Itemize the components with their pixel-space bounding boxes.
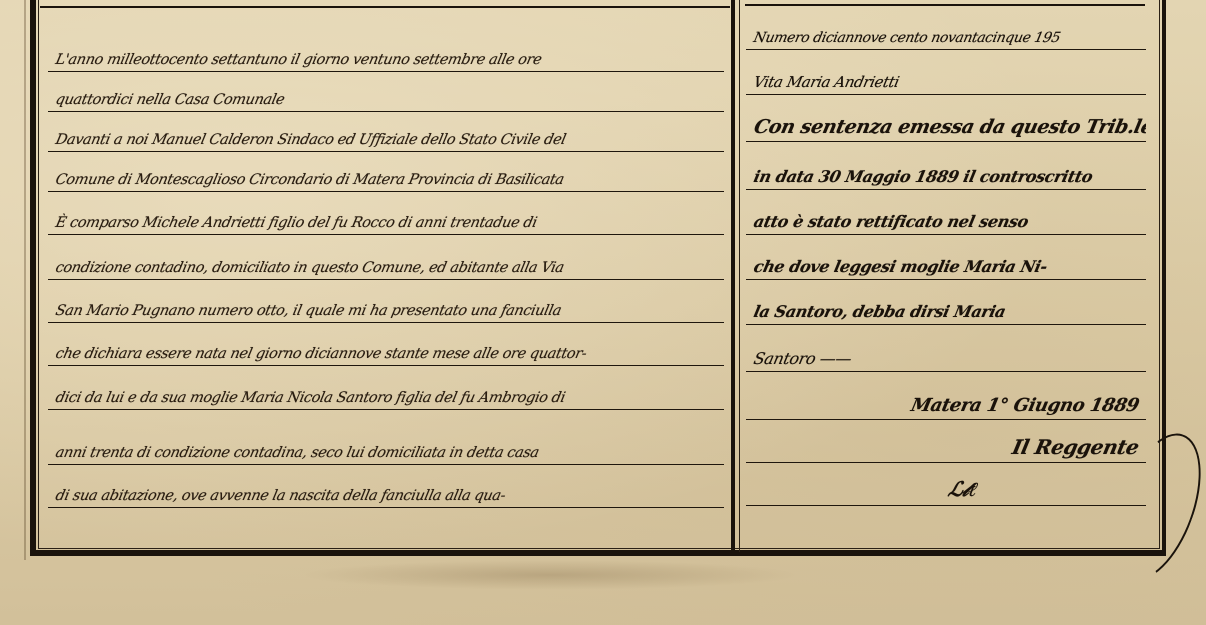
act-line: È comparso Michele Andrietti figlio del … bbox=[48, 195, 724, 235]
act-line: L'anno milleottocento settantuno il gior… bbox=[48, 32, 724, 72]
act-line: condizione contadino, domiciliato in que… bbox=[48, 240, 724, 280]
act-line: Davanti a noi Manuel Calderon Sindaco ed… bbox=[48, 112, 724, 152]
column-divider bbox=[731, 0, 735, 552]
act-line-text: Comune di Montescaglioso Circondario di … bbox=[54, 172, 565, 188]
act-line: quattordici nella Casa Comunale bbox=[48, 72, 724, 112]
act-line-text: anni trenta di condizione contadina, sec… bbox=[54, 445, 540, 461]
annotation-line: la Santoro, debba dirsi Maria bbox=[746, 285, 1146, 325]
act-line: che dichiara essere nata nel giorno dici… bbox=[48, 326, 724, 366]
annotation-text: Santoro —— bbox=[752, 349, 853, 368]
child-name: Vita Maria Andrietti bbox=[752, 73, 901, 91]
register-number-line: Numero diciannove cento novantacinque 19… bbox=[746, 10, 1146, 50]
annotation-text: in data 30 Maggio 1889 il controscritto bbox=[752, 167, 1094, 186]
act-line: dici da lui e da sua moglie Maria Nicola… bbox=[48, 370, 724, 410]
top-rule-right bbox=[745, 0, 1145, 6]
annotation-text: la Santoro, debba dirsi Maria bbox=[752, 302, 1007, 321]
act-line-text: dici da lui e da sua moglie Maria Nicola… bbox=[54, 390, 567, 406]
act-line: di sua abitazione, ove avvenne la nascit… bbox=[48, 468, 724, 508]
signature-line: ℒ𝓉ℓ bbox=[746, 466, 1146, 506]
act-line: Comune di Montescaglioso Circondario di … bbox=[48, 152, 724, 192]
annotation-text: Con sentenza emessa da questo Trib.le bbox=[752, 116, 1146, 138]
place-date-line: Matera 1° Giugno 1889 bbox=[746, 380, 1146, 420]
place-date: Matera 1° Giugno 1889 bbox=[909, 395, 1141, 416]
annotation-text: che dove leggesi moglie Maria Ni- bbox=[752, 257, 1049, 276]
paper-stain bbox=[300, 560, 800, 590]
act-line-text: quattordici nella Casa Comunale bbox=[54, 92, 286, 108]
act-line: San Mario Pugnano numero otto, il quale … bbox=[48, 283, 724, 323]
annotation-text: atto è stato rettificato nel senso bbox=[752, 212, 1030, 231]
signature: ℒ𝓉ℓ bbox=[946, 477, 980, 502]
column-divider-thin bbox=[739, 0, 740, 552]
signatory-title-line: Il Reggente bbox=[746, 423, 1146, 463]
act-line-text: che dichiara essere nata nel giorno dici… bbox=[54, 346, 588, 362]
annotation-line: atto è stato rettificato nel senso bbox=[746, 195, 1146, 235]
act-line-text: condizione contadino, domiciliato in que… bbox=[54, 260, 565, 276]
register-number: Numero diciannove cento novantacinque 19… bbox=[752, 30, 1062, 46]
top-rule-left bbox=[40, 0, 730, 8]
annotation-line: Santoro —— bbox=[746, 332, 1146, 372]
left-margin-rule bbox=[24, 0, 26, 560]
act-line-text: L'anno milleottocento settantuno il gior… bbox=[54, 52, 543, 68]
act-line-text: Davanti a noi Manuel Calderon Sindaco ed… bbox=[54, 132, 567, 148]
act-line-text: È comparso Michele Andrietti figlio del … bbox=[54, 215, 538, 231]
annotation-line: che dove leggesi moglie Maria Ni- bbox=[746, 240, 1146, 280]
annotation-line: Con sentenza emessa da questo Trib.le bbox=[746, 102, 1146, 142]
signatory-title: Il Reggente bbox=[1010, 435, 1141, 459]
child-name-line: Vita Maria Andrietti bbox=[746, 55, 1146, 95]
act-line-text: San Mario Pugnano numero otto, il quale … bbox=[54, 303, 563, 319]
act-line-text: di sua abitazione, ove avvenne la nascit… bbox=[54, 488, 507, 504]
act-line: anni trenta di condizione contadina, sec… bbox=[48, 425, 724, 465]
annotation-line: in data 30 Maggio 1889 il controscritto bbox=[746, 150, 1146, 190]
